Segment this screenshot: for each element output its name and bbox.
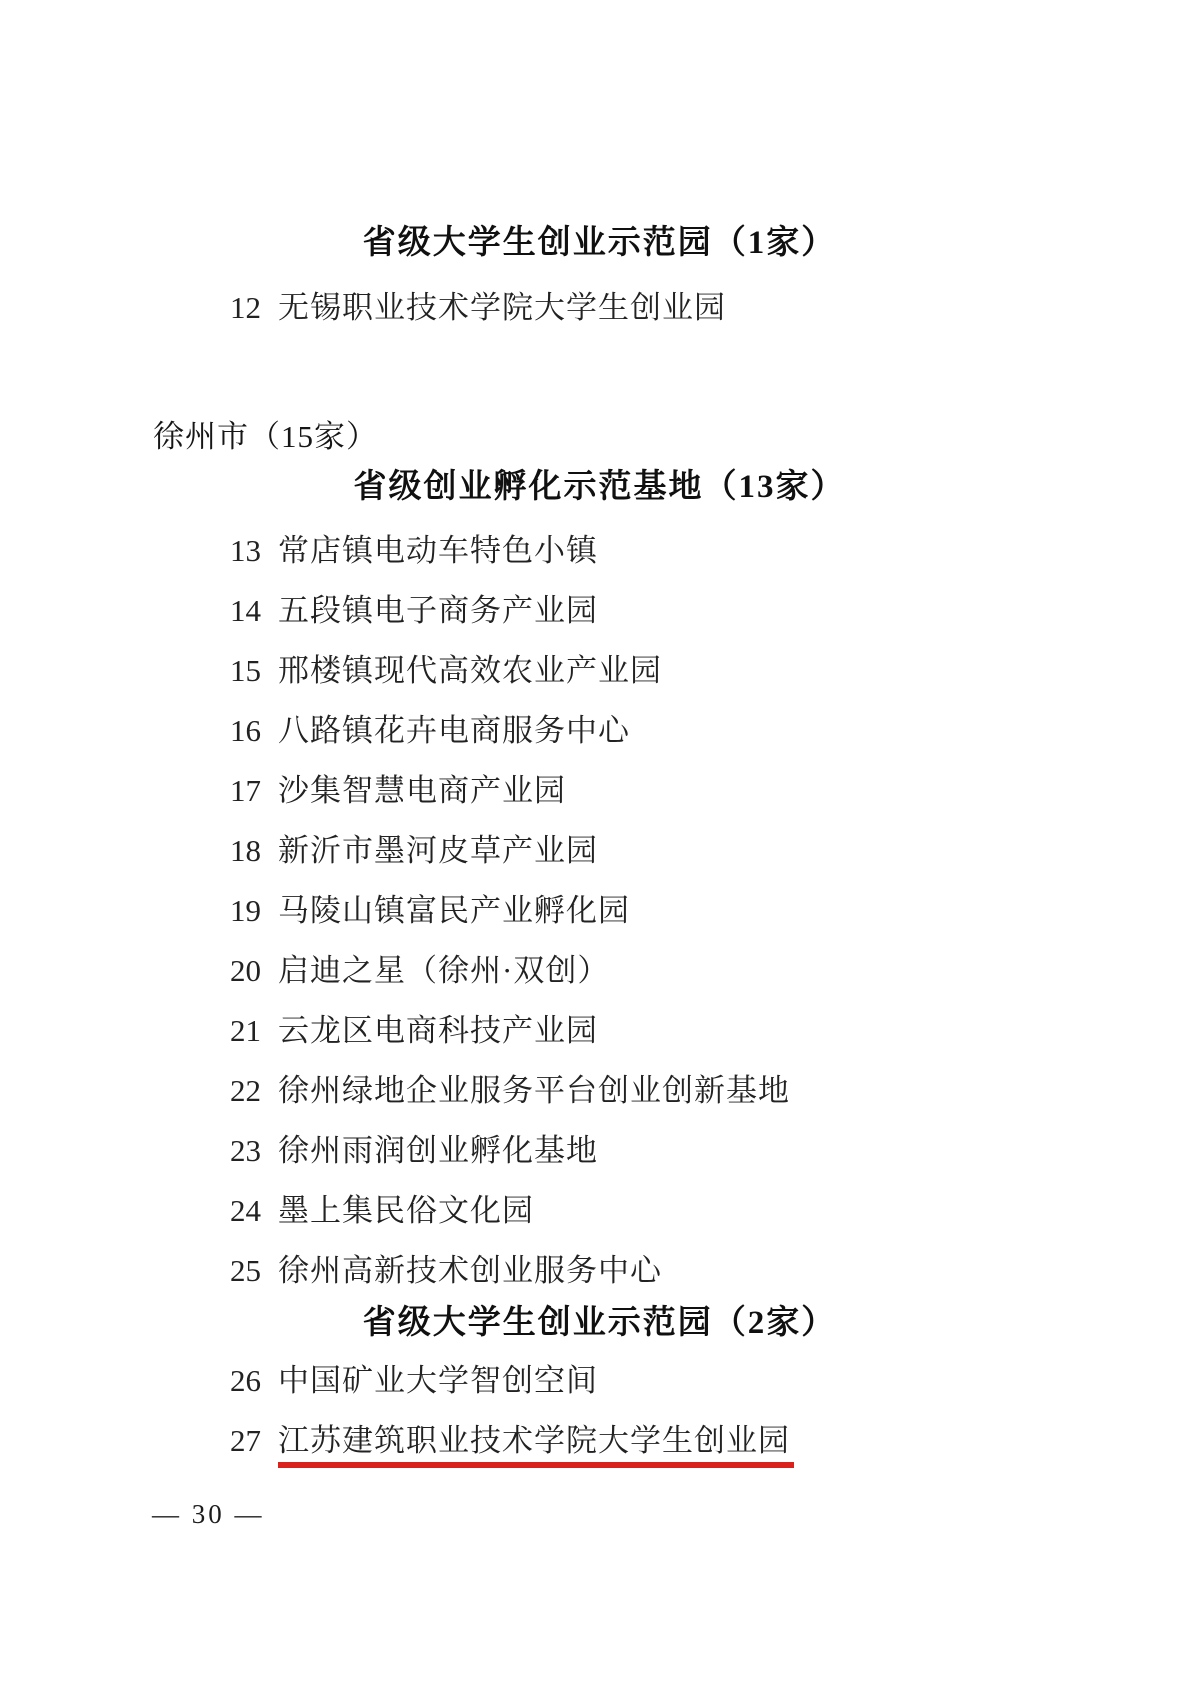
- item-name: 中国矿业大学智创空间: [278, 1361, 598, 1401]
- item-name: 常店镇电动车特色小镇: [278, 531, 598, 571]
- list-item: 14五段镇电子商务产业园: [230, 591, 598, 631]
- list-item: 19马陵山镇富民产业孵化园: [230, 891, 630, 931]
- item-number: 26: [230, 1361, 278, 1401]
- item-name: 八路镇花卉电商服务中心: [278, 711, 630, 751]
- item-number: 15: [230, 651, 278, 691]
- item-name: 五段镇电子商务产业园: [278, 591, 598, 631]
- item-number: 17: [230, 771, 278, 811]
- section-heading-college-park-1: 省级大学生创业示范园（1家）: [0, 216, 1199, 263]
- section-heading-college-park-2: 省级大学生创业示范园（2家）: [0, 1296, 1199, 1343]
- item-number: 21: [230, 1011, 278, 1051]
- item-number: 19: [230, 891, 278, 931]
- item-number: 18: [230, 831, 278, 871]
- list-item: 21云龙区电商科技产业园: [230, 1011, 598, 1051]
- list-item: 23徐州雨润创业孵化基地: [230, 1131, 598, 1171]
- list-item: 12无锡职业技术学院大学生创业园: [230, 288, 726, 328]
- list-item: 27江苏建筑职业技术学院大学生创业园: [230, 1421, 794, 1468]
- item-number: 27: [230, 1421, 278, 1461]
- item-number: 22: [230, 1071, 278, 1111]
- item-name: 新沂市墨河皮草产业园: [278, 831, 598, 871]
- item-number: 14: [230, 591, 278, 631]
- item-number: 20: [230, 951, 278, 991]
- item-name: 墨上集民俗文化园: [278, 1191, 534, 1231]
- list-item: 18新沂市墨河皮草产业园: [230, 831, 598, 871]
- item-name: 邢楼镇现代高效农业产业园: [278, 651, 662, 691]
- item-name-red-underlined: 江苏建筑职业技术学院大学生创业园: [278, 1421, 794, 1468]
- item-number: 16: [230, 711, 278, 751]
- list-item: 26中国矿业大学智创空间: [230, 1361, 598, 1401]
- item-name: 徐州雨润创业孵化基地: [278, 1131, 598, 1171]
- list-item: 20启迪之星（徐州·双创）: [230, 951, 609, 991]
- item-name: 启迪之星（徐州·双创）: [278, 951, 609, 991]
- item-name: 徐州高新技术创业服务中心: [278, 1251, 662, 1291]
- city-header-xuzhou: 徐州市（15家）: [153, 411, 378, 456]
- item-name: 云龙区电商科技产业园: [278, 1011, 598, 1051]
- item-number: 13: [230, 531, 278, 571]
- item-number: 12: [230, 288, 278, 328]
- item-name: 马陵山镇富民产业孵化园: [278, 891, 630, 931]
- item-number: 23: [230, 1131, 278, 1171]
- list-item: 25徐州高新技术创业服务中心: [230, 1251, 662, 1291]
- section-heading-incubation-base: 省级创业孵化示范基地（13家）: [0, 460, 1199, 507]
- list-item: 17沙集智慧电商产业园: [230, 771, 566, 811]
- item-name: 徐州绿地企业服务平台创业创新基地: [278, 1071, 790, 1111]
- item-name: 沙集智慧电商产业园: [278, 771, 566, 811]
- list-item: 15邢楼镇现代高效农业产业园: [230, 651, 662, 691]
- list-item: 22徐州绿地企业服务平台创业创新基地: [230, 1071, 790, 1111]
- list-item: 24墨上集民俗文化园: [230, 1191, 534, 1231]
- list-item: 16八路镇花卉电商服务中心: [230, 711, 630, 751]
- item-number: 25: [230, 1251, 278, 1291]
- item-number: 24: [230, 1191, 278, 1231]
- item-name: 无锡职业技术学院大学生创业园: [278, 288, 726, 328]
- page-number: — 30 —: [152, 1499, 265, 1530]
- list-item: 13常店镇电动车特色小镇: [230, 531, 598, 571]
- document-page: 省级大学生创业示范园（1家） 12无锡职业技术学院大学生创业园 徐州市（15家）…: [0, 0, 1199, 1697]
